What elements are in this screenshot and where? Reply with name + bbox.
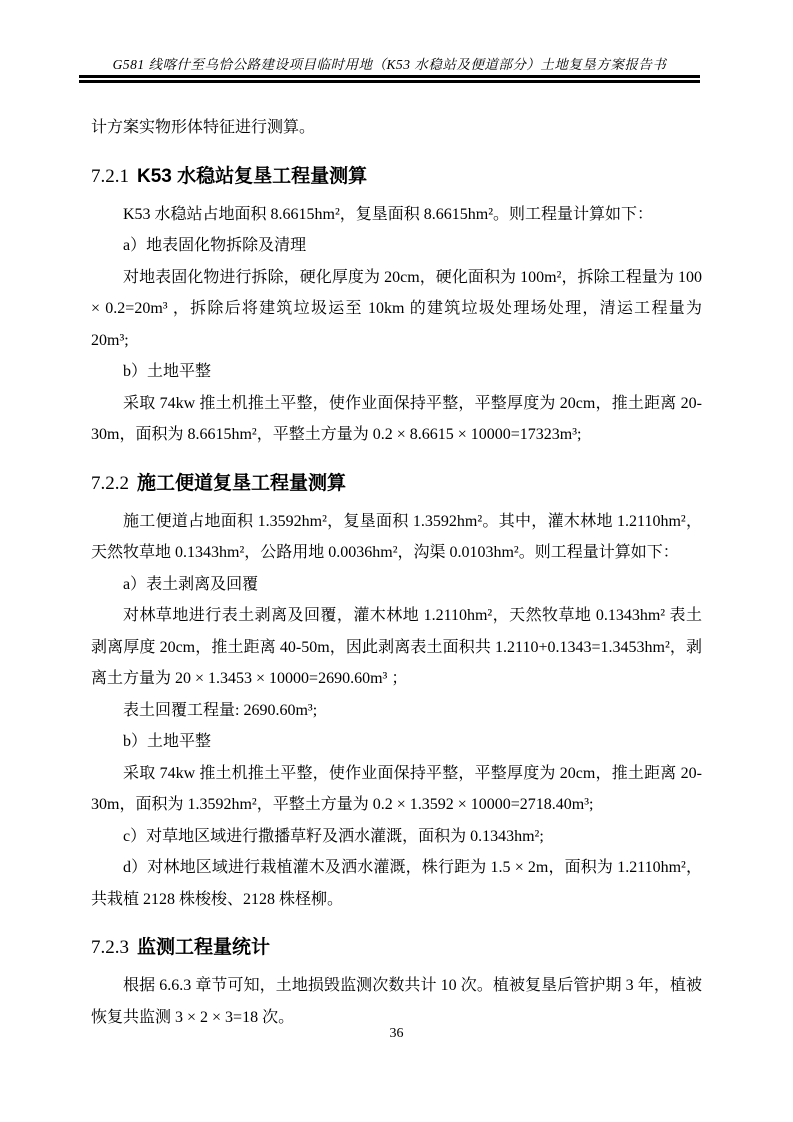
header-double-rule: [79, 75, 700, 83]
paragraph-intro: 计方案实物形体特征进行测算。: [91, 112, 702, 144]
section-number: 7.2.2: [91, 473, 129, 494]
list-item-b: b）土地平整: [91, 356, 702, 388]
section-heading-7-2-3: 7.2.3监测工程量统计: [91, 935, 702, 961]
section-heading-7-2-1: 7.2.1K53 水稳站复垦工程量测算: [91, 164, 702, 190]
paragraph: 对林草地进行表土剥离及回覆，灌木林地 1.2110hm²，天然牧草地 0.134…: [91, 600, 702, 695]
document-content: 计方案实物形体特征进行测算。 7.2.1K53 水稳站复垦工程量测算 K53 水…: [91, 112, 702, 1033]
section-title: K53 水稳站复垦工程量测算: [137, 166, 367, 187]
section-heading-7-2-2: 7.2.2施工便道复垦工程量测算: [91, 471, 702, 497]
section-title: 施工便道复垦工程量测算: [137, 473, 346, 494]
section-number: 7.2.3: [91, 937, 129, 958]
list-item-a: a）表土剥离及回覆: [91, 569, 702, 601]
paragraph: 表土回覆工程量: 2690.60m³;: [91, 695, 702, 727]
list-item-c: c）对草地区域进行撒播草籽及洒水灌溉，面积为 0.1343hm²;: [91, 821, 702, 853]
paragraph: 根据 6.6.3 章节可知，土地损毁监测次数共计 10 次。植被复垦后管护期 3…: [91, 970, 702, 1033]
section-title: 监测工程量统计: [137, 937, 270, 958]
page-header-title: G581 线喀什至乌恰公路建设项目临时用地（K53 水稳站及便道部分）土地复垦方…: [79, 53, 700, 73]
page-number: 36: [0, 1026, 793, 1042]
paragraph: 采取 74kw 推土机推土平整，使作业面保持平整，平整厚度为 20cm，推土距离…: [91, 388, 702, 451]
document-page: G581 线喀什至乌恰公路建设项目临时用地（K53 水稳站及便道部分）土地复垦方…: [0, 0, 793, 1122]
paragraph: 施工便道占地面积 1.3592hm²，复垦面积 1.3592hm²。其中，灌木林…: [91, 506, 702, 569]
section-number: 7.2.1: [91, 166, 129, 187]
list-item-b: b）土地平整: [91, 726, 702, 758]
paragraph: K53 水稳站占地面积 8.6615hm²，复垦面积 8.6615hm²。则工程…: [91, 199, 702, 231]
list-item-d: d）对林地区域进行栽植灌木及洒水灌溉，株行距为 1.5 × 2m，面积为 1.2…: [91, 852, 702, 915]
paragraph: 采取 74kw 推土机推土平整，使作业面保持平整，平整厚度为 20cm，推土距离…: [91, 758, 702, 821]
paragraph: 对地表固化物进行拆除，硬化厚度为 20cm，硬化面积为 100m²，拆除工程量为…: [91, 262, 702, 357]
list-item-a: a）地表固化物拆除及清理: [91, 230, 702, 262]
